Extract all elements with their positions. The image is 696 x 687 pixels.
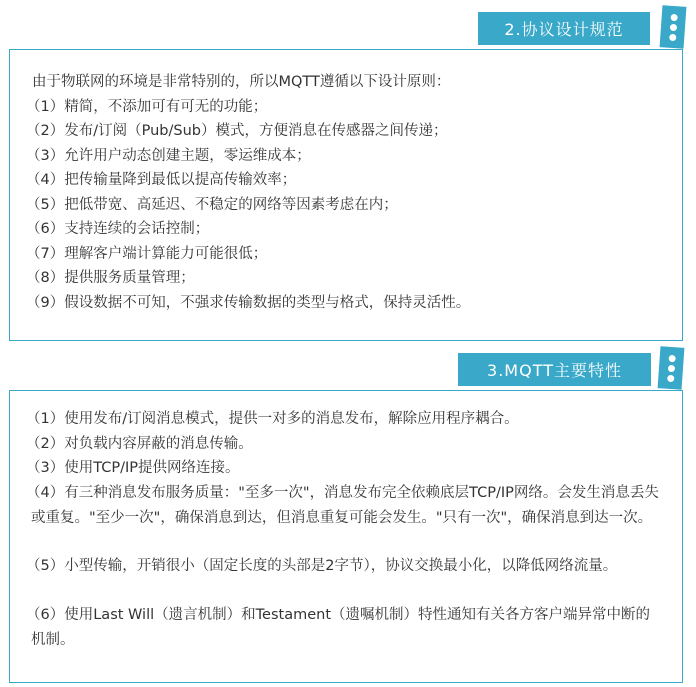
list-item: （2）对负载内容屏蔽的消息传输。: [26, 432, 253, 457]
content-box: （1）使用发布/订阅消息模式，提供一对多的消息发布，解除应用程序耦合。 （2）对…: [9, 390, 683, 683]
content-box: 由于物联网的环境是非常特别的，所以MQTT遵循以下设计原则： （1）精简，不添加…: [9, 49, 683, 341]
list-item: （4）有三种消息发布服务质量："至多一次"，消息发布完全依赖底层TCP/IP网络…: [31, 481, 661, 530]
vertical-dots-icon: [658, 346, 685, 390]
list-item: （8）提供服务质量管理；: [26, 266, 195, 291]
list-item: （9）假设数据不可知，不强求传输数据的类型与格式，保持灵活性。: [26, 291, 470, 316]
list-item: （1）使用发布/订阅消息模式，提供一对多的消息发布，解除应用程序耦合。: [26, 407, 519, 432]
list-item: （3）允许用户动态创建主题，零运维成本；: [26, 144, 311, 169]
list-item: （3）使用TCP/IP提供网络连接。: [26, 456, 240, 481]
list-item: （6）支持连续的会话控制；: [26, 217, 209, 242]
intro-text: 由于物联网的环境是非常特别的，所以MQTT遵循以下设计原则：: [32, 70, 450, 95]
list-item: （5）小型传输，开销很小（固定长度的头部是2字节），协议交换最小化，以降低网络流…: [31, 554, 661, 579]
section-protocol-design: 2.协议设计规范 由于物联网的环境是非常特别的，所以MQTT遵循以下设计原则： …: [0, 0, 696, 342]
section-title: 2.协议设计规范: [478, 12, 650, 45]
section-mqtt-features: 3.MQTT主要特性 （1）使用发布/订阅消息模式，提供一对多的消息发布，解除应…: [0, 342, 696, 687]
section-title: 3.MQTT主要特性: [458, 353, 651, 386]
list-item: （4）把传输量降到最低以提高传输效率；: [26, 168, 296, 193]
list-item: （1）精简，不添加可有可无的功能；: [26, 95, 267, 120]
vertical-dots-icon: [660, 5, 687, 49]
list-item: （7）理解客户端计算能力可能很低；: [26, 242, 267, 267]
list-item: （5）把低带宽、高延迟、不稳定的网络等因素考虑在内；: [26, 193, 398, 218]
list-item: （6）使用Last Will（遗言机制）和Testament（遗嘱机制）特性通知…: [31, 603, 661, 652]
list-item: （2）发布/订阅（Pub/Sub）模式，方便消息在传感器之间传递；: [26, 119, 447, 144]
